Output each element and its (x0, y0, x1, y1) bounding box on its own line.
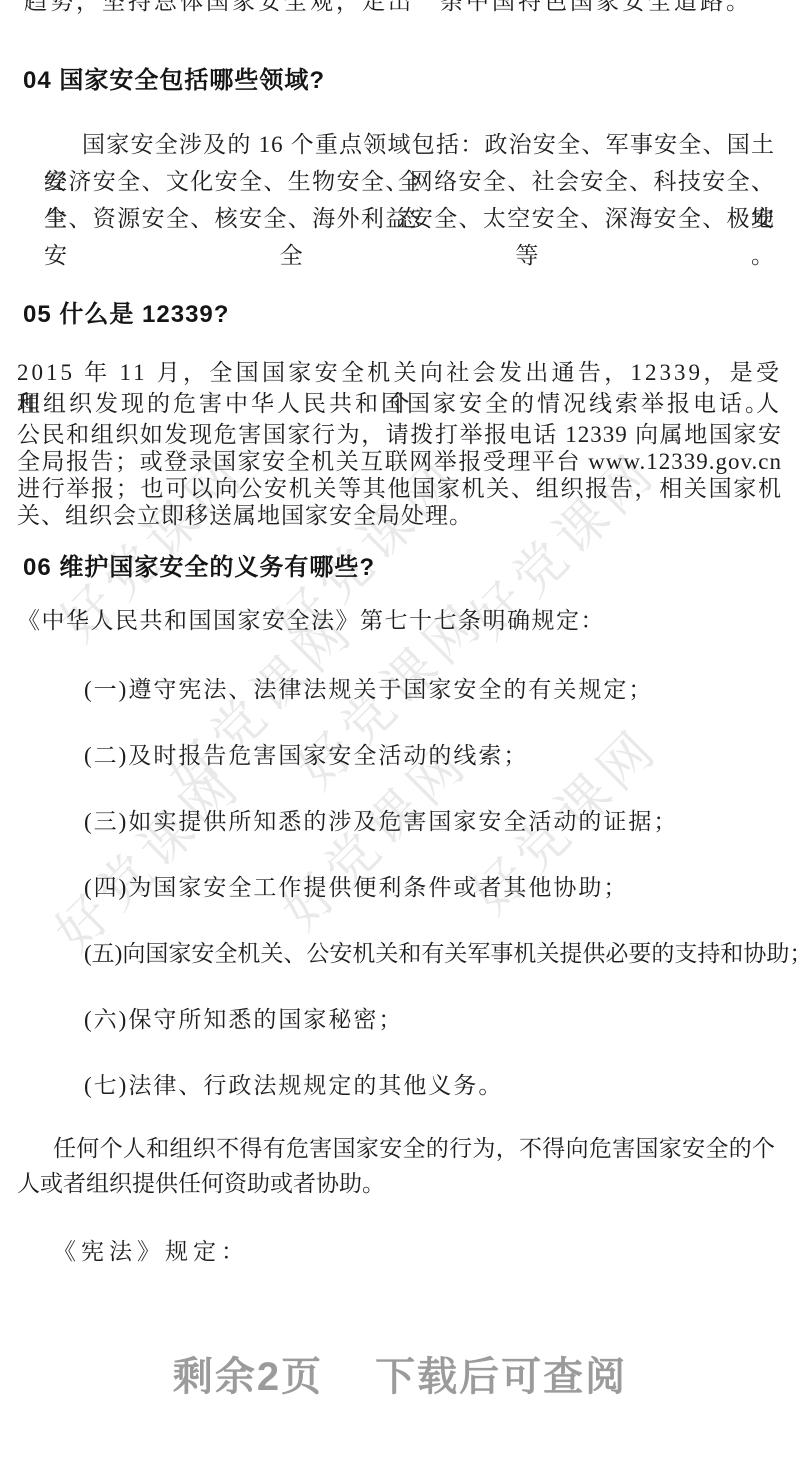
text-line: 任何个人和组织不得有危害国家安全的行为，不得向危害国家安全的个 (17, 1131, 775, 1166)
text-line: 全、资源安全、核安全、海外利益安全、太空安全、深海安全、极地安全等。 (44, 200, 775, 237)
list-item: (四)为国家安全工作提供便利条件或者其他协助； (84, 876, 790, 900)
text-line: 公民和组织如发现危害国家行为，请拨打举报电话 12339 向属地国家安 (17, 421, 782, 448)
paragraph-law-lead: 《中华人民共和国国家安全法》第七十七条明确规定： (17, 606, 782, 636)
list-item: (二)及时报告危害国家安全活动的线索； (84, 744, 790, 768)
list-item: (三)如实提供所知悉的涉及危害国家安全活动的证据； (84, 810, 790, 834)
list-item: (七)法律、行政法规规定的其他义务。 (84, 1074, 790, 1098)
text-line: 2015 年 11 月，全国国家安全机关向社会发出通告，12339，是受理个人 (17, 357, 782, 388)
paragraph-prohibition: 任何个人和组织不得有危害国家安全的行为，不得向危害国家安全的个 人或者组织提供任… (17, 1131, 775, 1201)
heading-04-security-fields: 04 国家安全包括哪些领域? (23, 68, 325, 94)
preview-footer: 剩余2页 下载后可查阅 (0, 1354, 800, 1400)
text-line: 经济安全、文化安全、生物安全、网络安全、社会安全、科技安全、生态安 (44, 163, 775, 200)
paragraph-12339-intro: 2015 年 11 月，全国国家安全机关向社会发出通告，12339，是受理个人 … (17, 357, 782, 419)
text-line: 和组织发现的危害中华人民共和国国家安全的情况线索举报电话。 (17, 388, 782, 419)
text-line: 进行举报；也可以向公安机关等其他国家机关、组织报告，相关国家机 (17, 475, 782, 502)
paragraph-constitution-lead: 《宪法》规定： (17, 1237, 775, 1267)
document-preview-page: 好党课网 好党课网 好党课网 好党课网 好党课网 好党课网 好党课网 好党课网 … (0, 0, 800, 1460)
text-line: 人或者组织提供任何资助或者协助。 (17, 1166, 775, 1201)
paragraph-security-fields: 国家安全涉及的 16 个重点领域包括：政治安全、军事安全、国土安全、 经济安全、… (44, 126, 775, 237)
list-item: (六)保守所知悉的国家秘密； (84, 1008, 790, 1032)
text-line: 全局报告；或登录国家安全机关互联网举报受理平台 www.12339.gov.cn (17, 448, 782, 475)
text-line: 国家安全涉及的 16 个重点领域包括：政治安全、军事安全、国土安全、 (44, 126, 775, 163)
paragraph-12339-reporting: 公民和组织如发现危害国家行为，请拨打举报电话 12339 向属地国家安 全局报告… (17, 421, 782, 529)
pages-remaining-label: 剩余2页 (173, 1354, 323, 1400)
obligation-list: (一)遵守宪法、法律法规关于国家安全的有关规定； (二)及时报告危害国家安全活动… (84, 678, 790, 1098)
list-item: (一)遵守宪法、法律法规关于国家安全的有关规定； (84, 678, 790, 702)
top-partial-line: 趋势，坚持总体国家安全观，走出一条中国特色国家安全道路。 (24, 0, 776, 13)
download-hint-label: 下载后可查阅 (375, 1354, 627, 1400)
heading-06-obligations: 06 维护国家安全的义务有哪些? (23, 555, 375, 581)
list-item: (五)向国家安全机关、公安机关和有关军事机关提供必要的支持和协助； (84, 942, 790, 966)
text-line: 关、组织会立即移送属地国家安全局处理。 (17, 502, 782, 529)
heading-05-what-is-12339: 05 什么是 12339? (23, 302, 229, 328)
